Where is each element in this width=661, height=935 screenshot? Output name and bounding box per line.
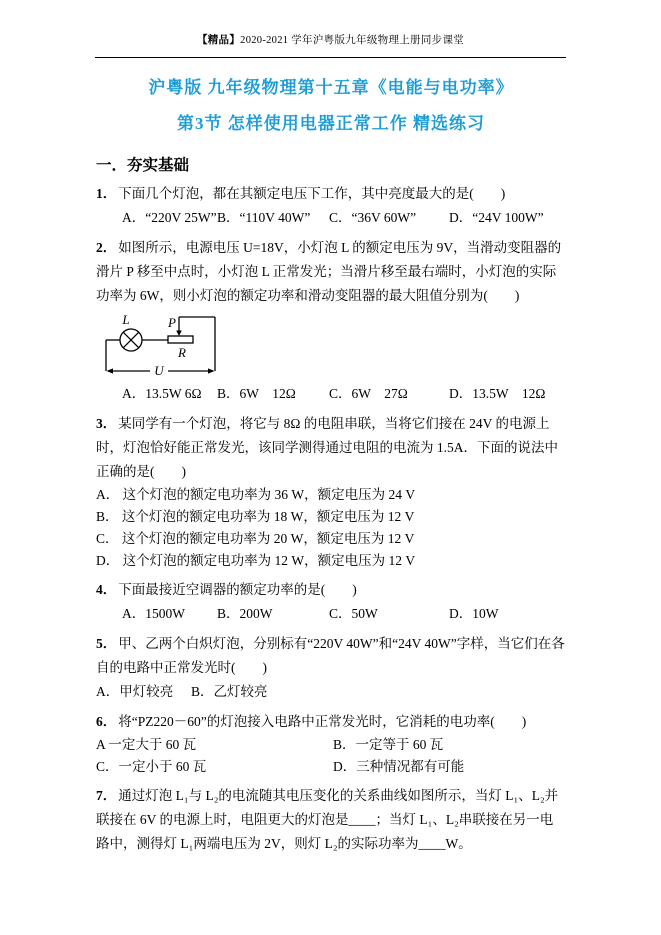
question-2-number: 2． <box>96 240 118 255</box>
worksheet-page: 【精品】2020-2021 学年沪粤版九年级物理上册同步课堂 沪粤版 九年级物理… <box>0 0 661 935</box>
question-5-number: 5． <box>96 636 118 651</box>
option-d: D． 这个灯泡的额定电功率为 12 W，额定电压为 12 V <box>96 550 566 572</box>
question-7-text: 通过灯泡 L₁与 L₂的电流随其电压变化的关系曲线如图所示，当灯 L₁、L₂并联… <box>96 788 558 851</box>
option-b: B．200W <box>217 602 329 626</box>
document-body: 沪粤版 九年级物理第十五章《电能与电功率》 第3节 怎样使用电器正常工作 精选练… <box>96 64 566 856</box>
question-3-options: A． 这个灯泡的额定电功率为 36 W，额定电压为 24 V B． 这个灯泡的额… <box>96 484 566 572</box>
option-c: C． 这个灯泡的额定电功率为 20 W，额定电压为 12 V <box>96 528 566 550</box>
header-text: 2020-2021 学年沪粤版九年级物理上册同步课堂 <box>240 35 464 46</box>
option-a: A．1500W <box>122 602 217 626</box>
question-5-text: 甲、乙两个白炽灯泡，分别标有“220V 40W”和“24V 40W”字样，当它们… <box>96 636 565 675</box>
question-4-text: 下面最接近空调器的额定功率的是( ) <box>118 582 357 597</box>
question-2-options: A．13.5W 6Ω B．6W 12Ω C．6W 27Ω D．13.5W 12Ω <box>96 382 566 406</box>
question-7-number: 7． <box>96 788 118 803</box>
option-a: A 一定大于 60 瓦 <box>96 734 333 756</box>
question-5: 5．甲、乙两个白炽灯泡，分别标有“220V 40W”和“24V 40W”字样，当… <box>96 632 566 680</box>
question-3-number: 3． <box>96 416 118 431</box>
header-badge: 【精品】 <box>197 35 240 46</box>
question-3: 3．某同学有一个灯泡，将它与 8Ω 的电阻串联，当将它们接在 24V 的电源上时… <box>96 412 566 484</box>
voltage-label: U <box>154 363 165 378</box>
doc-title-line1: 沪粤版 九年级物理第十五章《电能与电功率》 <box>96 76 566 99</box>
question-6: 6．将“PZ220－60”的灯泡接入电路中正常发光时，它消耗的电功率( ) <box>96 710 566 734</box>
rheostat-label: R <box>177 345 186 360</box>
question-1-options: A．“220V 25W” B．“110V 40W” C．“36V 60W” D．… <box>96 206 566 230</box>
slider-arrow-icon <box>176 331 182 337</box>
question-2-text: 如图所示，电源电压 U=18V，小灯泡 L 的额定电压为 9V，当滑动变阻器的滑… <box>96 240 561 303</box>
question-4: 4．下面最接近空调器的额定功率的是( ) <box>96 578 566 602</box>
question-7: 7．通过灯泡 L₁与 L₂的电流随其电压变化的关系曲线如图所示，当灯 L₁、L₂… <box>96 784 566 856</box>
question-6-text: 将“PZ220－60”的灯泡接入电路中正常发光时，它消耗的电功率( ) <box>118 714 526 729</box>
question-6-options: A 一定大于 60 瓦 B．一定等于 60 瓦 C．一定小于 60 瓦 D．三种… <box>96 734 566 778</box>
option-a: A．13.5W 6Ω <box>122 382 217 406</box>
option-b: B．乙灯较亮 <box>191 680 268 704</box>
question-6-number: 6． <box>96 714 118 729</box>
option-b: B．“110V 40W” <box>217 206 329 230</box>
option-b: B．6W 12Ω <box>217 382 329 406</box>
doc-title-line2: 第3节 怎样使用电器正常工作 精选练习 <box>96 112 566 135</box>
option-d: D．“24V 100W” <box>449 206 566 230</box>
question-5-options: A．甲灯较亮 B．乙灯较亮 <box>96 680 566 704</box>
question-3-text: 某同学有一个灯泡，将它与 8Ω 的电阻串联，当将它们接在 24V 的电源上时，灯… <box>96 416 558 479</box>
option-c: C．6W 27Ω <box>329 382 449 406</box>
options-row-1: A 一定大于 60 瓦 B．一定等于 60 瓦 <box>96 734 566 756</box>
option-d: D．13.5W 12Ω <box>449 382 566 406</box>
question-4-options: A．1500W B．200W C．50W D．10W <box>96 602 566 626</box>
options-row-2: C．一定小于 60 瓦 D．三种情况都有可能 <box>96 756 566 778</box>
document-header: 【精品】2020-2021 学年沪粤版九年级物理上册同步课堂 <box>95 34 566 58</box>
option-a: A． 这个灯泡的额定电功率为 36 W，额定电压为 24 V <box>96 484 566 506</box>
option-d: D．三种情况都有可能 <box>333 756 566 778</box>
slider-label: P <box>167 315 176 330</box>
option-b: B． 这个灯泡的额定电功率为 18 W，额定电压为 12 V <box>96 506 566 528</box>
option-c: C．“36V 60W” <box>329 206 449 230</box>
lamp-symbol <box>120 329 142 351</box>
question-4-number: 4． <box>96 582 118 597</box>
section-heading: 一．夯实基础 <box>96 156 566 176</box>
option-a: A．甲灯较亮 <box>96 680 191 704</box>
question-2: 2．如图所示，电源电压 U=18V，小灯泡 L 的额定电压为 9V，当滑动变阻器… <box>96 236 566 308</box>
question-1: 1．下面几个灯泡，都在其额定电压下工作，其中亮度最大的是( ) <box>96 182 566 206</box>
question-1-text: 下面几个灯泡，都在其额定电压下工作，其中亮度最大的是( ) <box>118 186 505 201</box>
lamp-label: L <box>121 312 129 327</box>
question-1-number: 1． <box>96 186 118 201</box>
circuit-figure: L P R U <box>98 310 230 382</box>
option-a: A．“220V 25W” <box>122 206 217 230</box>
option-c: C．50W <box>329 602 449 626</box>
option-d: D．10W <box>449 602 566 626</box>
option-b: B．一定等于 60 瓦 <box>333 734 566 756</box>
option-c: C．一定小于 60 瓦 <box>96 756 333 778</box>
